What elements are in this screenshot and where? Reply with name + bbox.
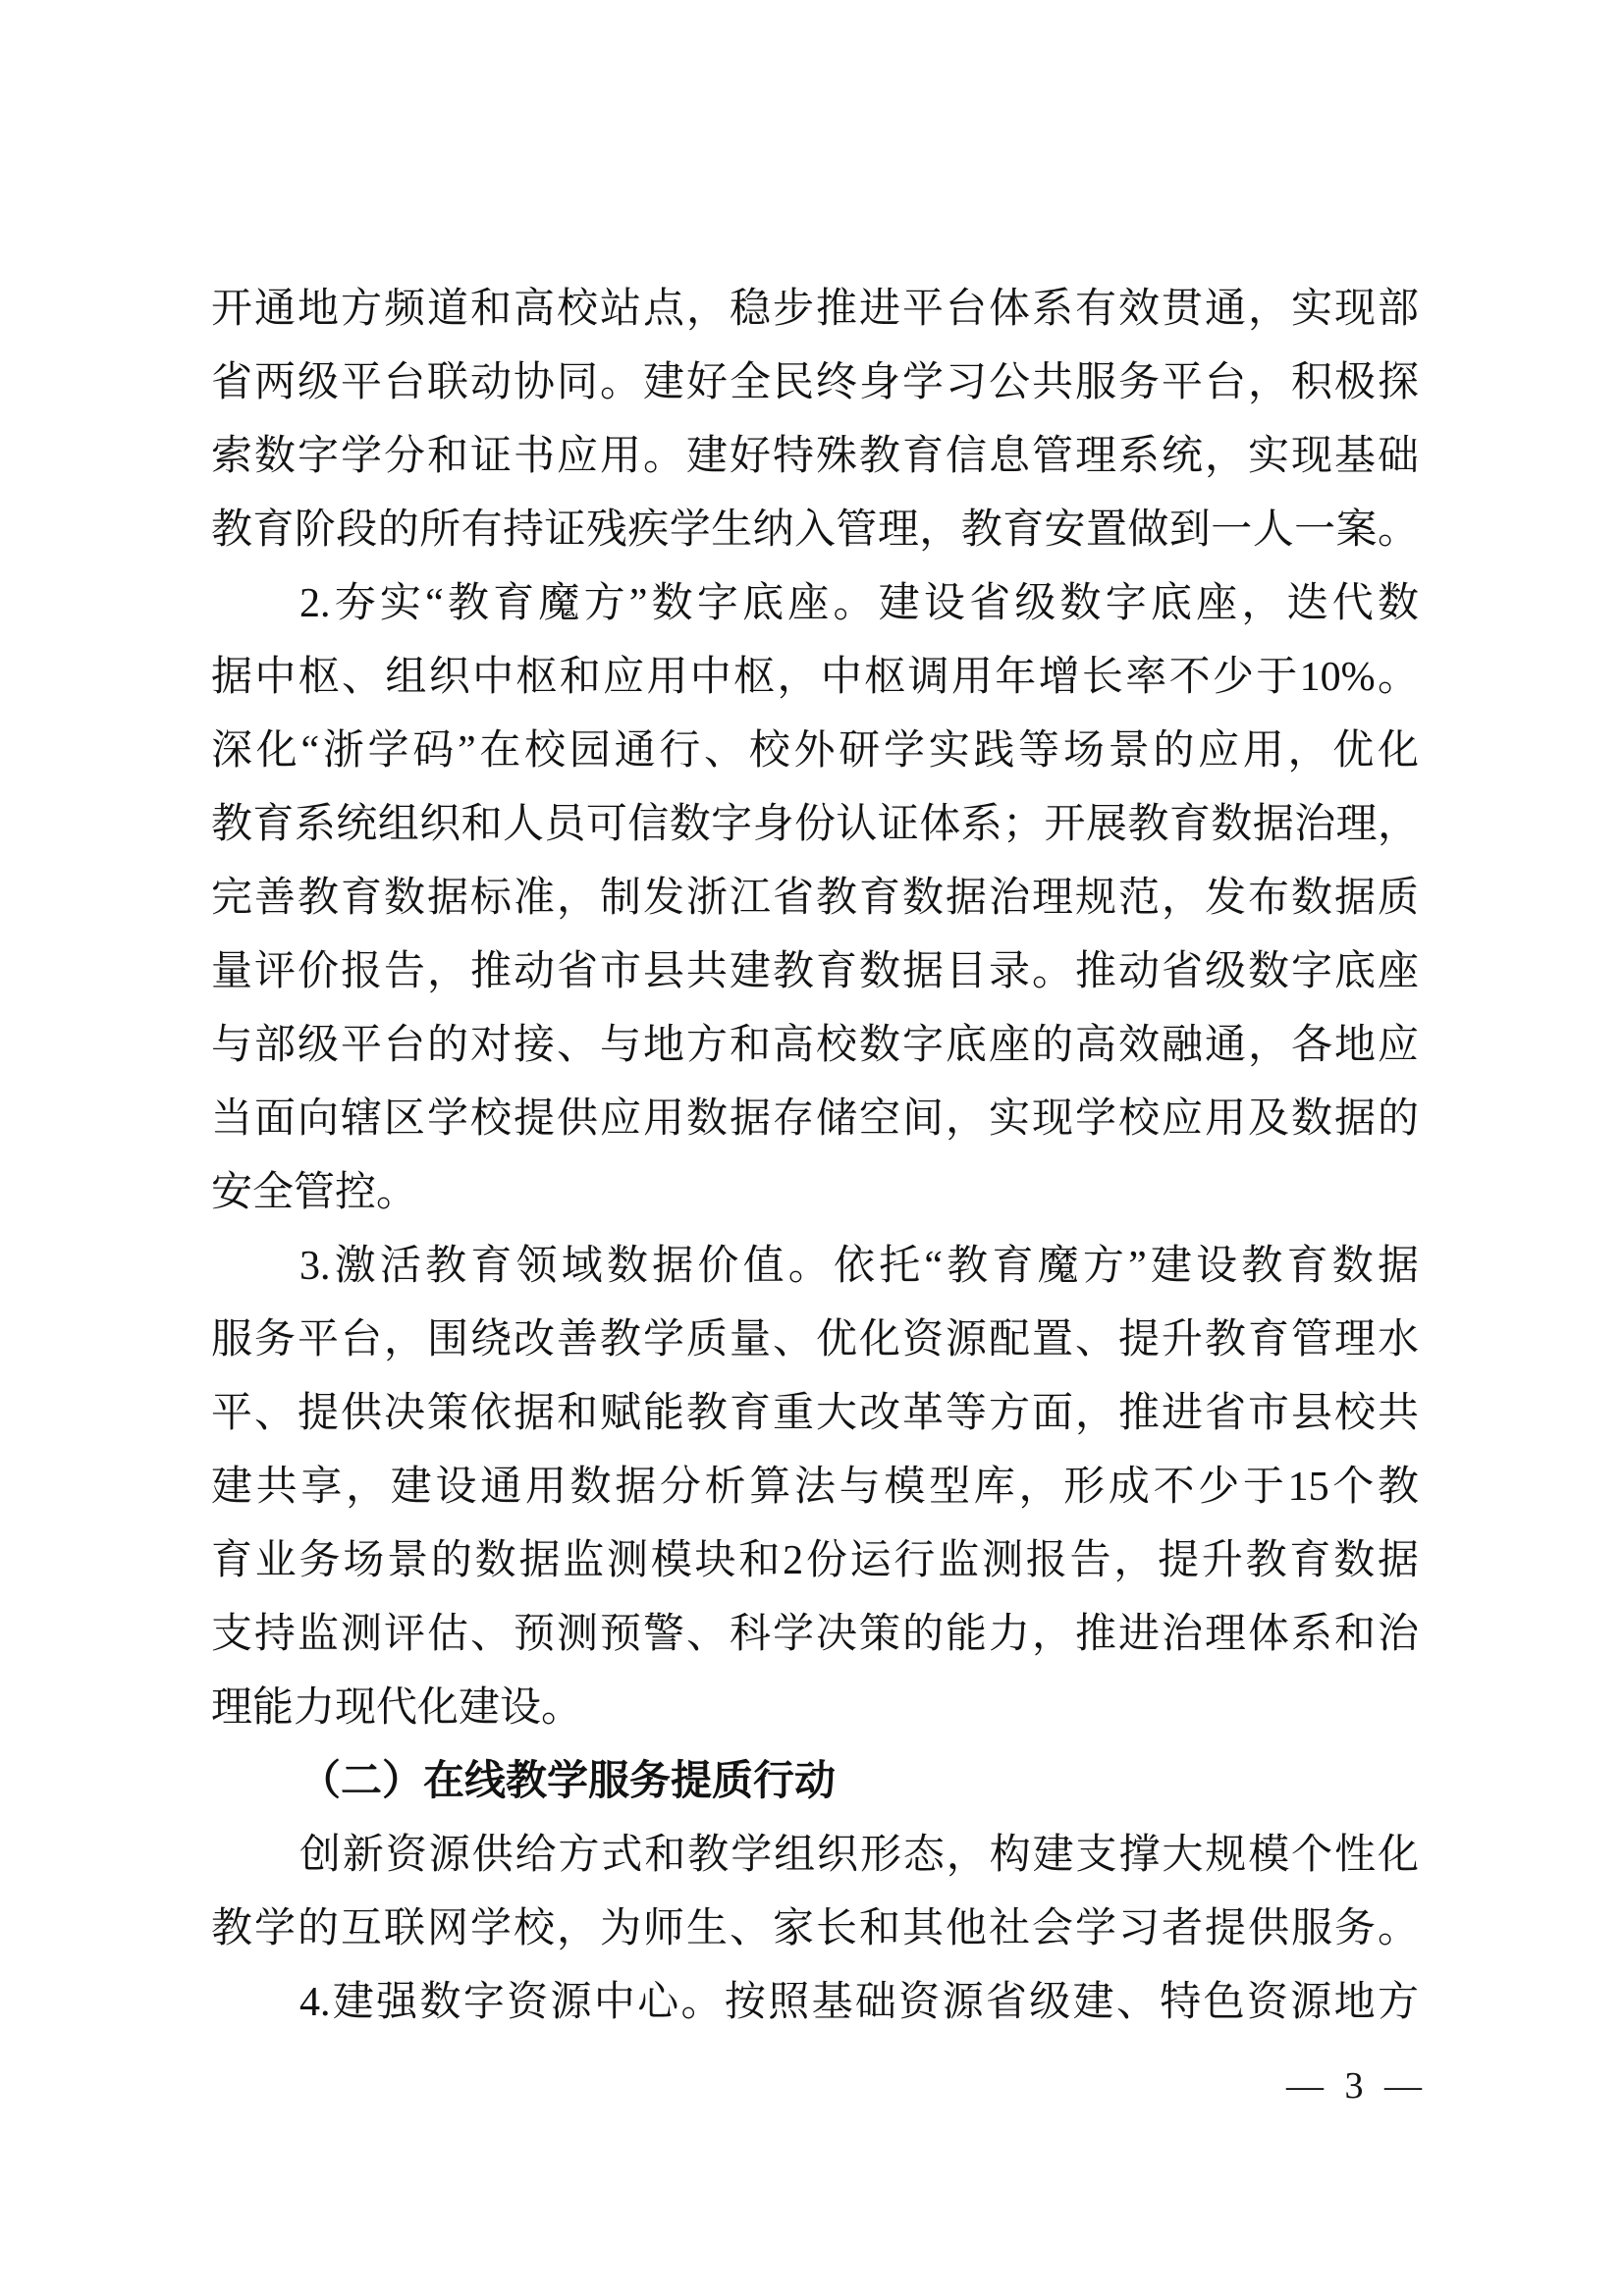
body-line: 索数字学分和证书应用。建好特殊教育信息管理系统，实现基础 [211,420,1419,494]
body-line: 开通地方频道和高校站点，稳步推进平台体系有效贯通，实现部 [211,273,1419,347]
document-body: 开通地方频道和高校站点，稳步推进平台体系有效贯通，实现部 省两级平台联动协同。建… [211,273,1419,2040]
body-line: 完善教育数据标准，制发浙江省教育数据治理规范，发布数据质 [211,862,1419,935]
body-line-item-4: 4.建强数字资源中心。按照基础资源省级建、特色资源地方 [211,1966,1419,2040]
body-line: 育业务场景的数据监测模块和2份运行监测报告，提升教育数据 [211,1524,1419,1598]
body-line: 教育阶段的所有持证残疾学生纳入管理，教育安置做到一人一案。 [211,494,1419,567]
body-line-item-3: 3.激活教育领域数据价值。依托“教育魔方”建设教育数据 [211,1230,1419,1304]
section-heading: （二）在线教学服务提质行动 [211,1745,1419,1819]
body-line: 省两级平台联动协同。建好全民终身学习公共服务平台，积极探 [211,347,1419,420]
body-line: 据中枢、组织中枢和应用中枢，中枢调用年增长率不少于10%。 [211,641,1419,715]
body-line: 建共享，建设通用数据分析算法与模型库，形成不少于15个教 [211,1451,1419,1524]
document-page: 开通地方频道和高校站点，稳步推进平台体系有效贯通，实现部 省两级平台联动协同。建… [0,0,1624,2296]
body-line: 支持监测评估、预测预警、科学决策的能力，推进治理体系和治 [211,1598,1419,1672]
body-line: 理能力现代化建设。 [211,1672,1419,1745]
body-line: 与部级平台的对接、与地方和高校数字底座的高效融通，各地应 [211,1009,1419,1083]
page-number: — 3 — [1286,2061,1422,2110]
body-line: 教育系统组织和人员可信数字身份认证体系；开展教育数据治理， [211,788,1419,862]
body-line: 深化“浙学码”在校园通行、校外研学实践等场景的应用，优化 [211,715,1419,788]
body-line: 服务平台，围绕改善教学质量、优化资源配置、提升教育管理水 [211,1304,1419,1377]
body-line: 当面向辖区学校提供应用数据存储空间，实现学校应用及数据的 [211,1083,1419,1156]
body-line: 教学的互联网学校，为师生、家长和其他社会学习者提供服务。 [211,1893,1419,1966]
body-line: 创新资源供给方式和教学组织形态，构建支撑大规模个性化 [211,1819,1419,1893]
body-line: 量评价报告，推动省市县共建教育数据目录。推动省级数字底座 [211,935,1419,1009]
body-line-item-2: 2.夯实“教育魔方”数字底座。建设省级数字底座，迭代数 [211,567,1419,641]
body-line: 安全管控。 [211,1156,1419,1230]
body-line: 平、提供决策依据和赋能教育重大改革等方面，推进省市县校共 [211,1377,1419,1451]
